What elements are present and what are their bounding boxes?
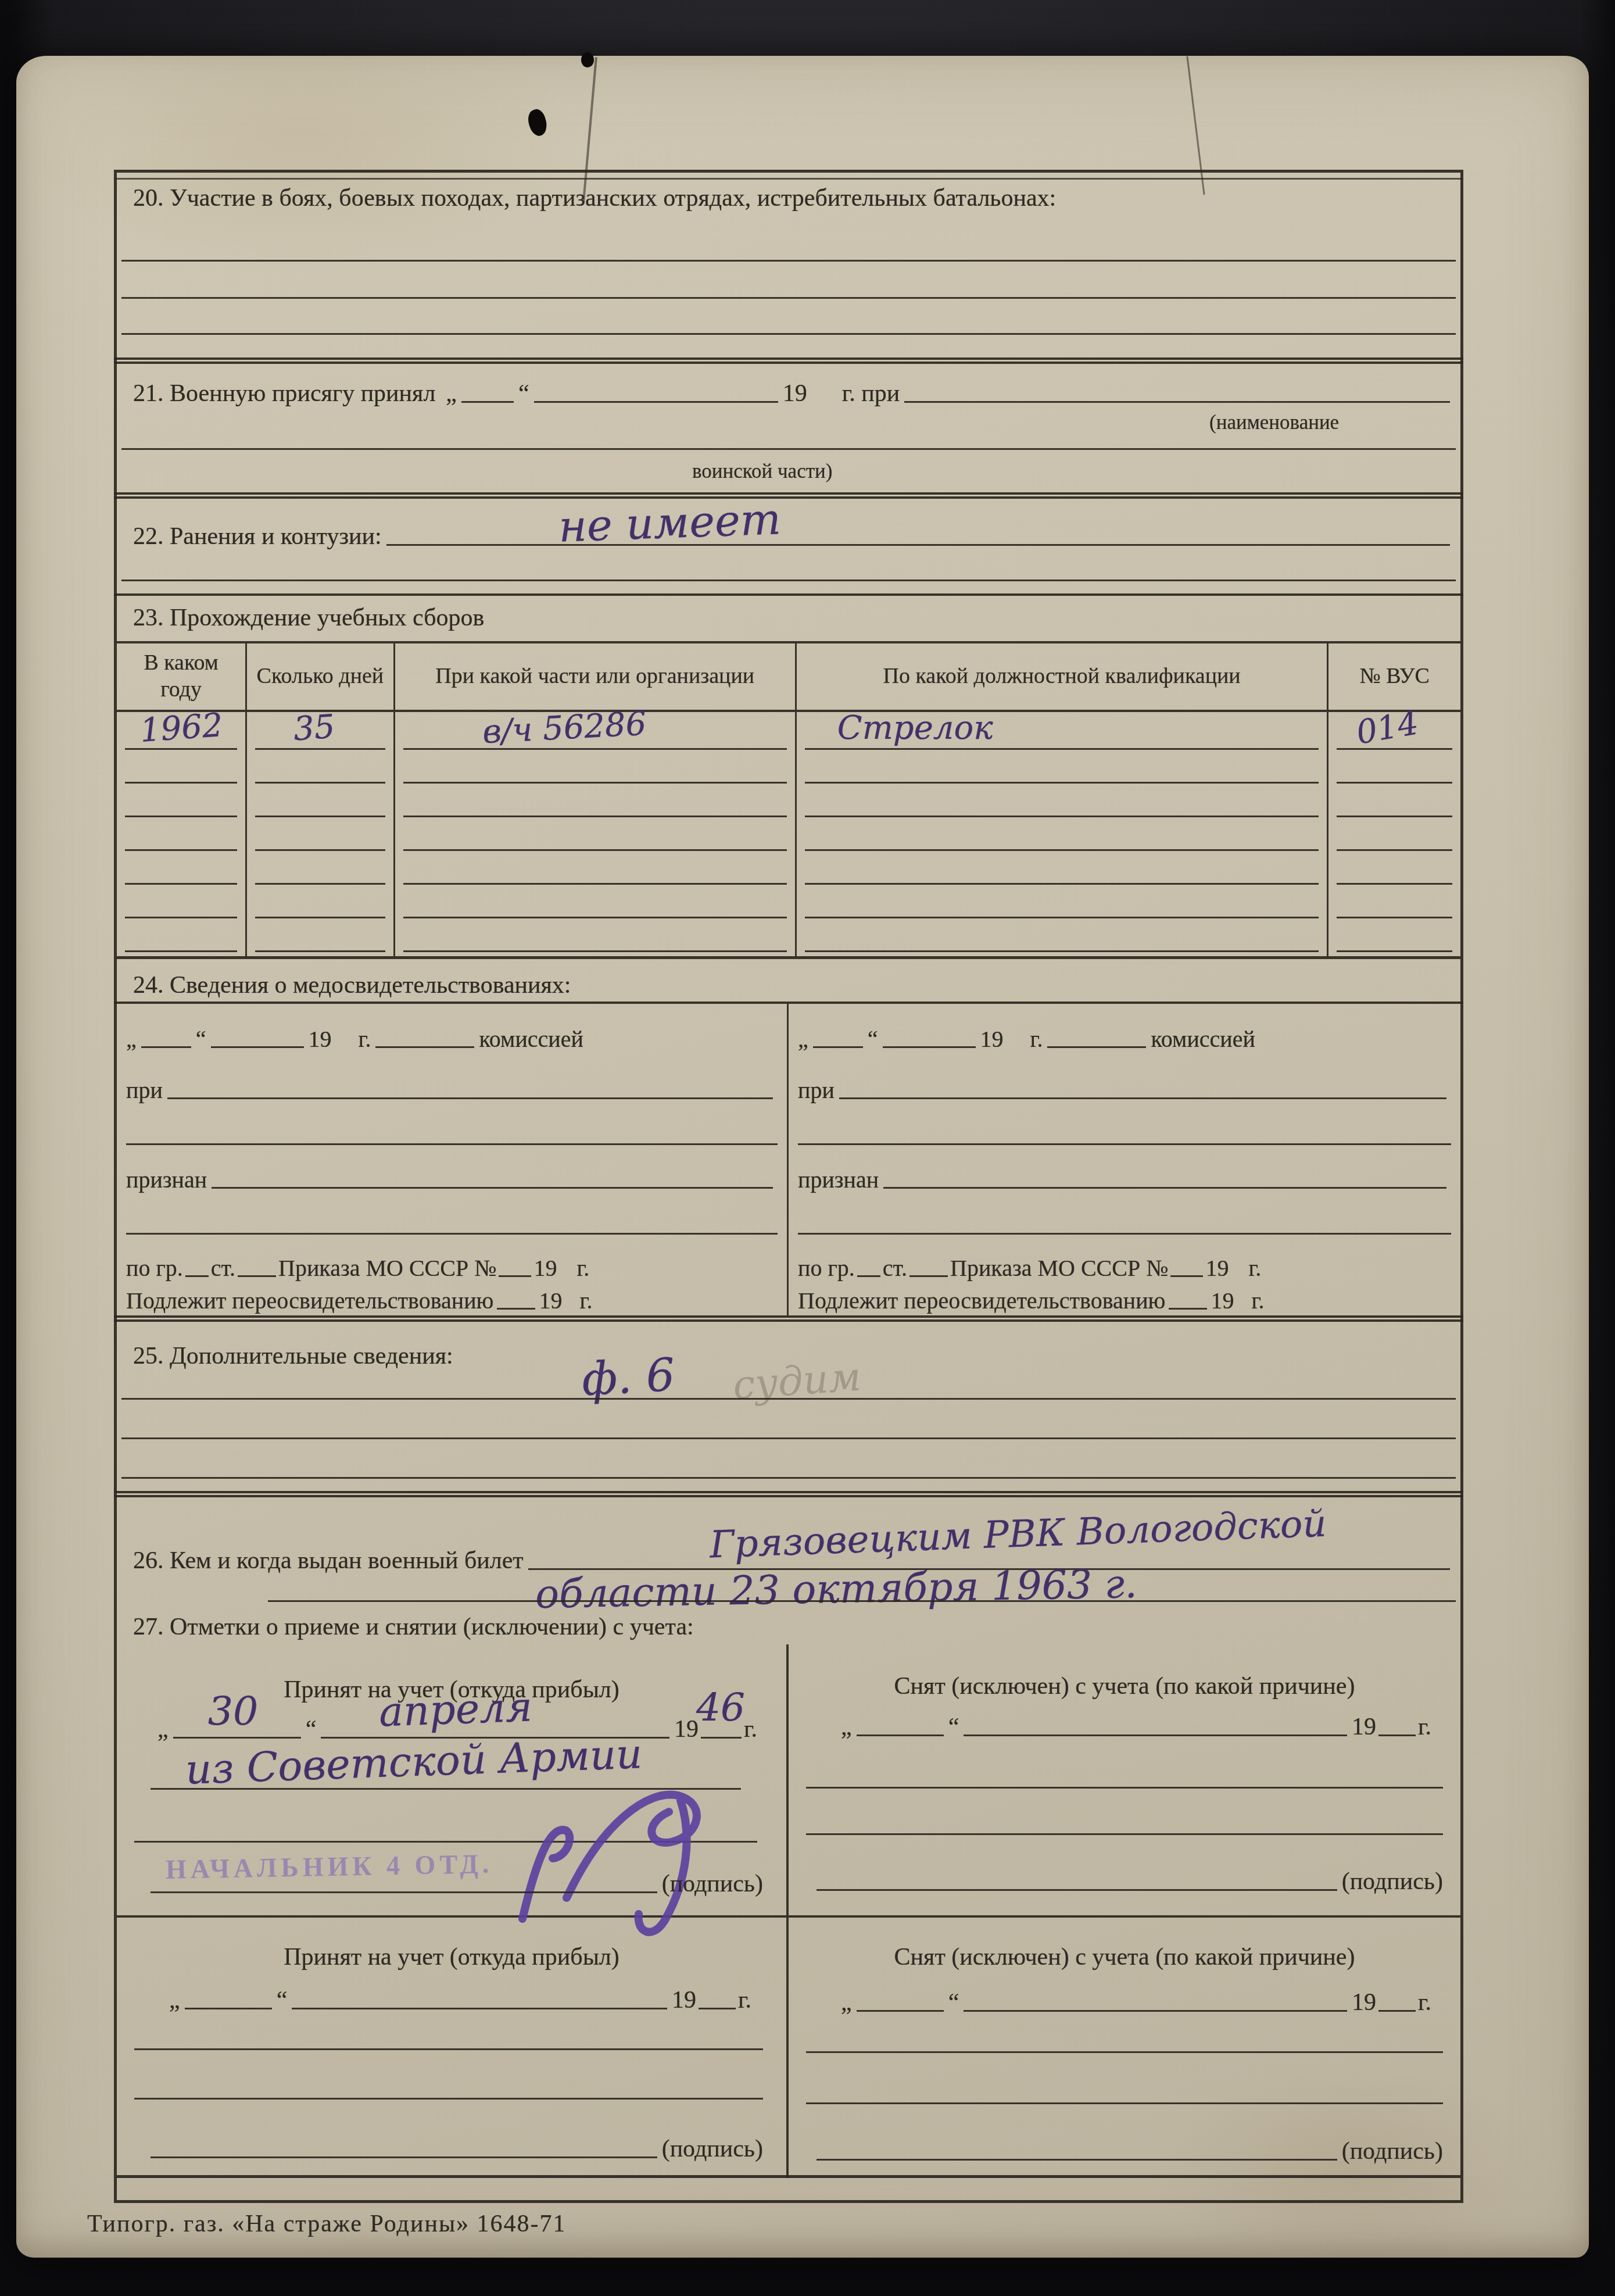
year-prefix: 19 xyxy=(980,1025,1004,1053)
handwritten-ne-imeet: не имеет xyxy=(558,494,782,552)
g-label: г. xyxy=(1418,1989,1431,2016)
blank-line xyxy=(375,1046,474,1048)
table-cell xyxy=(1328,788,1460,821)
blank-line xyxy=(167,1097,773,1099)
table-cell xyxy=(797,821,1329,855)
ruled-line xyxy=(126,1143,778,1145)
removed-title: Снят (исключен) с учета (по какой причин… xyxy=(789,1943,1460,1971)
priznan-label: признан xyxy=(798,1166,879,1193)
ruled-line xyxy=(126,1233,778,1235)
blank-line xyxy=(1169,1308,1207,1310)
ruled-line xyxy=(255,883,385,885)
medical-column-left: „ “ 19 г. комиссией при признан xyxy=(117,1004,789,1315)
signature-flourish xyxy=(495,1784,762,1923)
ruled-line xyxy=(403,748,787,750)
blank-line xyxy=(292,2008,667,2009)
table-cell-days: 35 xyxy=(247,712,395,754)
handwritten-day: 30 xyxy=(208,1689,259,1734)
ruled-line xyxy=(403,950,787,952)
po-gr-label: по гр. xyxy=(798,1254,855,1282)
quote-open: „ xyxy=(841,1713,852,1741)
quote-open: „ xyxy=(446,380,457,407)
ruled-line xyxy=(805,782,1319,784)
ruled-line xyxy=(798,1233,1451,1235)
ruled-line xyxy=(125,816,237,817)
g-label: г. xyxy=(744,1715,757,1743)
ruled-line xyxy=(1337,849,1452,851)
section-21-row: 21. Военную присягу принял „ “ 19 г. при xyxy=(133,377,1455,407)
ruled-line xyxy=(1337,748,1452,750)
hint-naimenovanie: (наименование xyxy=(1209,411,1339,434)
document-paper: 20. Участие в боях, боевых походах, парт… xyxy=(16,56,1589,2258)
table-cell xyxy=(395,821,797,855)
paper-hole xyxy=(581,52,594,67)
med-prikaz-row: по гр. ст. Приказа МО СССР № 19 г. xyxy=(798,1250,1451,1282)
podlezhit-label: Подлежит переосвидетельствованию xyxy=(798,1287,1165,1314)
podpis-label: (подпись) xyxy=(662,2135,763,2163)
table-cell xyxy=(117,889,247,922)
g-label: г. xyxy=(579,1287,592,1314)
ruled-line xyxy=(403,883,787,885)
handwritten-year: 1962 xyxy=(139,706,224,750)
g-label: г. xyxy=(576,1254,589,1282)
podpis-label: (подпись) xyxy=(1342,2137,1443,2165)
blank-line xyxy=(813,1046,863,1048)
quote-open: „ xyxy=(169,1986,180,2014)
table-cell xyxy=(797,788,1329,821)
section-25-label: 25. Дополнительные сведения: xyxy=(133,1342,453,1370)
accepted-box-2: Принят на учет (откуда прибыл) „ “ 19 г.… xyxy=(117,1918,789,2178)
blank-line xyxy=(151,2156,657,2158)
ruled-line xyxy=(121,260,1456,262)
ruled-line xyxy=(121,580,1456,581)
blank-line xyxy=(1170,1275,1203,1277)
ruled-line xyxy=(798,1143,1451,1145)
ruled-line xyxy=(255,849,385,851)
handwritten-rvk-line2: области 23 октября 1963 г. xyxy=(535,1561,1137,1618)
table-cell xyxy=(1328,889,1460,922)
year-prefix: 19 xyxy=(783,380,807,407)
ruled-line xyxy=(806,1787,1443,1789)
table-cell xyxy=(117,754,247,788)
removed-box-1: Снят (исключен) с учета (по какой причин… xyxy=(789,1644,1460,1918)
medical-column-right: „ “ 19 г. комиссией при признан xyxy=(789,1004,1460,1315)
ruled-line xyxy=(125,849,237,851)
ruled-line xyxy=(1337,782,1452,784)
table-cell xyxy=(247,922,395,956)
table-cell xyxy=(395,889,797,922)
ruled-line xyxy=(121,1477,1456,1479)
table-cell-vus: 014 xyxy=(1328,712,1460,754)
year-prefix: 19 xyxy=(539,1287,562,1314)
table-header-qualification: По какой должностной квалификации xyxy=(797,643,1329,712)
blank-line xyxy=(839,1097,1446,1099)
blank-line xyxy=(857,1734,944,1736)
blank-line xyxy=(461,401,514,403)
g-label: г. xyxy=(1030,1025,1043,1053)
table-cell xyxy=(797,754,1329,788)
table-cell-qualification: Стрелок xyxy=(797,712,1329,754)
table-cell xyxy=(797,922,1329,956)
ruled-line xyxy=(125,950,237,952)
quote-close: “ xyxy=(277,1986,288,2014)
blank-line xyxy=(1047,1046,1146,1048)
section-divider xyxy=(114,593,1463,596)
ruled-line xyxy=(255,816,385,817)
table-cell xyxy=(395,754,797,788)
section-divider xyxy=(114,1491,1463,1497)
blank-line xyxy=(699,2008,736,2009)
ruled-line xyxy=(121,448,1456,450)
ruled-line xyxy=(255,950,385,952)
blank-line xyxy=(883,1046,976,1048)
section-26-label: 26. Кем и когда выдан военный билет xyxy=(133,1547,524,1575)
ruled-line xyxy=(121,333,1456,335)
blank-line xyxy=(212,1187,773,1189)
g-pri-label: г. при xyxy=(842,380,900,407)
year-prefix: 19 xyxy=(672,1986,696,2014)
handwritten-days: 35 xyxy=(292,708,336,749)
medical-columns: „ “ 19 г. комиссией при признан xyxy=(117,1004,1460,1315)
blank-line xyxy=(497,1308,535,1310)
table-cell xyxy=(1328,754,1460,788)
table-cell xyxy=(1328,855,1460,889)
g-label: г. xyxy=(738,1986,751,2014)
form-border-inner-line xyxy=(114,178,1463,180)
date-row: „ “ 19 г. xyxy=(169,1983,751,2014)
registration-grid: Принят на учет (откуда прибыл) „ 30 “ ап… xyxy=(117,1644,1460,2178)
ruled-line xyxy=(255,917,385,918)
blank-line xyxy=(1378,2010,1416,2012)
table-header-year: В каком году xyxy=(117,643,247,712)
section-divider xyxy=(114,1315,1463,1322)
pri-label: при xyxy=(798,1077,835,1104)
blank-line xyxy=(151,1891,657,1893)
accepted-title: Принят на учет (откуда прибыл) xyxy=(117,1943,786,1971)
table-cell xyxy=(395,788,797,821)
hint-voinskoy-chasti: воинской части) xyxy=(692,460,832,483)
ruled-line xyxy=(805,849,1319,851)
ruled-line xyxy=(121,297,1456,299)
med-pri-row: при xyxy=(798,1072,1451,1104)
ruled-line xyxy=(805,917,1319,918)
table-cell xyxy=(117,788,247,821)
blank-line xyxy=(185,2008,272,2009)
blank-line xyxy=(141,1046,191,1048)
ruled-line xyxy=(805,816,1319,817)
quote-open: „ xyxy=(798,1025,808,1053)
podpis-label: (подпись) xyxy=(1342,1868,1443,1896)
blank-line xyxy=(386,544,1450,546)
prikaz-label: Приказа МО СССР № xyxy=(278,1254,496,1282)
priznan-label: признан xyxy=(126,1166,207,1193)
handwritten-year-suffix: 46 xyxy=(696,1685,745,1730)
st-label: ст. xyxy=(883,1254,907,1282)
st-label: ст. xyxy=(211,1254,235,1282)
g-label: г. xyxy=(1248,1254,1261,1282)
ruled-line xyxy=(125,883,237,885)
po-gr-label: по гр. xyxy=(126,1254,183,1282)
podpis-row: (подпись) xyxy=(812,2140,1443,2165)
prikaz-label: Приказа МО СССР № xyxy=(950,1254,1168,1282)
ruled-line xyxy=(403,816,787,817)
table-cell xyxy=(247,889,395,922)
table-cell-unit: в/ч 56286 xyxy=(395,712,797,754)
commission-label: комиссией xyxy=(1151,1025,1255,1053)
med-date-row: „ “ 19 г. комиссией xyxy=(798,1021,1451,1053)
blank-line xyxy=(1378,1734,1416,1736)
table-cell xyxy=(1328,821,1460,855)
table-cell xyxy=(117,855,247,889)
table-cell xyxy=(117,922,247,956)
podpis-label: (подпись) xyxy=(662,1870,763,1898)
handwritten-qualification: Стрелок xyxy=(837,709,993,747)
ruled-line xyxy=(121,1437,1456,1439)
ruled-line xyxy=(403,849,787,851)
ruled-line xyxy=(806,2051,1443,2053)
ruled-line xyxy=(255,748,385,750)
g-label: г. xyxy=(1251,1287,1264,1314)
table-cell xyxy=(247,754,395,788)
table-cell xyxy=(395,922,797,956)
blank-line xyxy=(185,1275,209,1277)
med-pri-row: при xyxy=(126,1072,778,1104)
table-header-vus: № ВУС xyxy=(1328,643,1460,712)
table-cell xyxy=(1328,922,1460,956)
table-cell xyxy=(247,788,395,821)
printer-imprint: Типогр. газ. «На страже Родины» 1648-71 xyxy=(87,2210,567,2238)
blank-line xyxy=(964,2010,1347,2012)
quote-open: „ xyxy=(841,1989,852,2016)
podpis-row: (подпись) xyxy=(146,2137,763,2163)
commission-label: комиссией xyxy=(479,1025,583,1053)
year-prefix: 19 xyxy=(674,1715,699,1743)
blank-line xyxy=(883,1187,1446,1189)
section-21-label: 21. Военную присягу принял xyxy=(133,380,435,407)
blank-line xyxy=(238,1275,276,1277)
med-priznan-row: признан xyxy=(798,1162,1451,1193)
date-row: „ “ 19 г. xyxy=(841,1985,1431,2016)
ruled-line xyxy=(805,883,1319,885)
ruled-line xyxy=(1337,816,1452,817)
ruled-line xyxy=(1337,917,1452,918)
table-cell xyxy=(797,889,1329,922)
blank-line xyxy=(534,401,778,403)
section-23-label: 23. Прохождение учебных сборов xyxy=(133,604,484,632)
quote-close: “ xyxy=(306,1715,317,1743)
ruled-line xyxy=(255,782,385,784)
quote-open: „ xyxy=(157,1715,169,1743)
ruled-line xyxy=(805,748,1319,750)
blank-line: 46 xyxy=(701,1737,742,1739)
ruled-line xyxy=(403,917,787,918)
blank-line xyxy=(817,2159,1337,2161)
section-22-row: 22. Ранения и контузии: xyxy=(133,520,1455,550)
quote-close: “ xyxy=(948,1989,959,2016)
table-cell xyxy=(247,821,395,855)
g-label: г. xyxy=(359,1025,371,1053)
ruled-line xyxy=(805,950,1319,952)
date-row: „ “ 19 г. xyxy=(841,1710,1431,1741)
blank-line xyxy=(964,1734,1347,1736)
ruled-line xyxy=(268,1600,1456,1602)
quote-open: „ xyxy=(126,1025,137,1053)
g-label: г. xyxy=(1418,1713,1431,1741)
paper-hole xyxy=(525,107,550,138)
removed-box-2: Снят (исключен) с учета (по какой причин… xyxy=(789,1918,1460,2178)
section-27-label: 27. Отметки о приеме и снятии (исключени… xyxy=(133,1613,694,1641)
podpis-row: (подпись) xyxy=(146,1872,763,1898)
table-header-unit: При какой части или организации xyxy=(395,643,797,712)
year-prefix: 19 xyxy=(1352,1989,1376,2016)
quote-close: “ xyxy=(868,1025,878,1053)
blank-line xyxy=(211,1046,304,1048)
ruled-line xyxy=(1337,950,1452,952)
section-divider xyxy=(114,492,1463,499)
ruled-line xyxy=(403,782,787,784)
med-date-row: „ “ 19 г. комиссией xyxy=(126,1021,778,1053)
handwritten-pencil-note: судим xyxy=(732,1354,863,1408)
year-prefix: 19 xyxy=(533,1254,557,1282)
quote-close: “ xyxy=(518,380,529,407)
year-prefix: 19 xyxy=(1352,1713,1376,1741)
table-cell xyxy=(797,855,1329,889)
podlezhit-label: Подлежит переосвидетельствованию xyxy=(126,1287,493,1314)
blank-line: 30 xyxy=(173,1737,301,1739)
med-priznan-row: признан xyxy=(126,1162,778,1193)
ruled-line xyxy=(125,748,237,750)
handwritten-month: апреля xyxy=(378,1683,533,1736)
med-podlezhit-row: Подлежит переосвидетельствованию 19 г. xyxy=(126,1286,778,1314)
blank-line xyxy=(909,1275,948,1277)
handwritten-unit: в/ч 56286 xyxy=(481,705,647,752)
ruled-line xyxy=(134,2048,763,2050)
training-table: В каком году Сколько дней При какой част… xyxy=(117,641,1460,959)
ruled-line xyxy=(134,2098,763,2100)
med-prikaz-row: по гр. ст. Приказа МО СССР № 19 г. xyxy=(126,1250,778,1282)
section-22-label: 22. Ранения и контузии: xyxy=(133,523,382,550)
ruled-line xyxy=(125,782,237,784)
blank-line xyxy=(857,1275,880,1277)
quote-close: “ xyxy=(196,1025,206,1053)
ruled-line xyxy=(125,917,237,918)
accepted-box-1: Принят на учет (откуда прибыл) „ 30 “ ап… xyxy=(117,1644,789,1918)
podpis-row: (подпись) xyxy=(812,1870,1443,1896)
blank-line xyxy=(857,2010,944,2012)
section-24-label: 24. Сведения о медосвидетельствованиях: xyxy=(133,971,571,999)
ruled-line xyxy=(1337,883,1452,885)
section-divider xyxy=(114,357,1463,364)
table-header-days: Сколько дней xyxy=(247,643,395,712)
table-cell xyxy=(395,855,797,889)
removed-title: Снят (исключен) с учета (по какой причин… xyxy=(789,1672,1460,1700)
blank-line xyxy=(817,1889,1337,1891)
table-cell xyxy=(247,855,395,889)
form-border: 20. Участие в боях, боевых походах, парт… xyxy=(114,170,1463,2203)
med-podlezhit-row: Подлежит переосвидетельствованию 19 г. xyxy=(798,1286,1451,1314)
year-prefix: 19 xyxy=(309,1025,332,1053)
blank-line xyxy=(904,401,1450,403)
blank-line xyxy=(499,1275,531,1277)
year-prefix: 19 xyxy=(1211,1287,1234,1314)
section-20-label: 20. Участие в боях, боевых походах, парт… xyxy=(133,184,1056,212)
pri-label: при xyxy=(126,1077,163,1104)
table-cell-year: 1962 xyxy=(117,712,247,754)
quote-close: “ xyxy=(948,1713,959,1741)
ruled-line xyxy=(806,1833,1443,1835)
year-prefix: 19 xyxy=(1205,1254,1229,1282)
table-cell xyxy=(117,821,247,855)
ruled-line xyxy=(806,2102,1443,2104)
ruled-line xyxy=(121,1398,1456,1400)
